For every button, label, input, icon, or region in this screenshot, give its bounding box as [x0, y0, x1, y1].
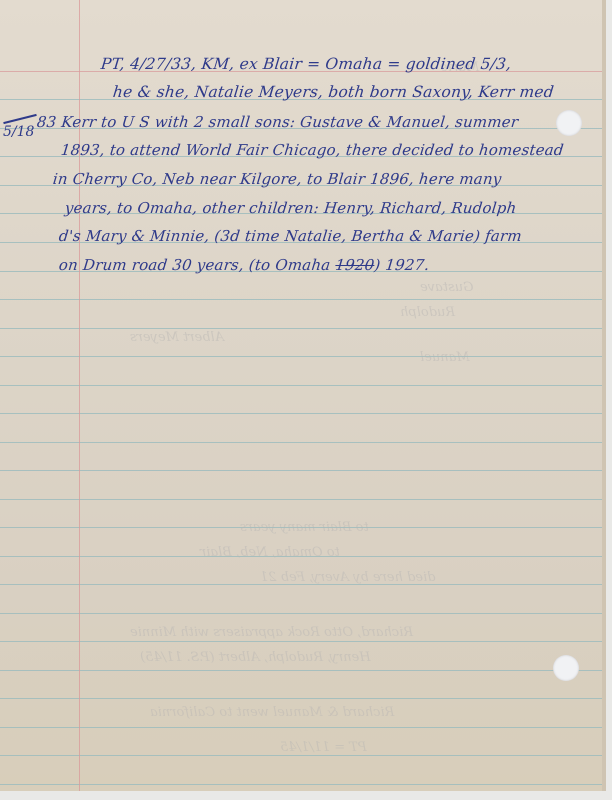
ruled-line [0, 670, 606, 671]
ruled-line [0, 413, 606, 414]
handwritten-line-3: 83 Kerr to U S with 2 small sons: Gustav… [36, 113, 519, 131]
margin-note-text: 5/18 [3, 124, 34, 140]
line-text: years, to Omaha, other children: Henry, … [64, 199, 517, 217]
bleed-through-texture: Manuel [420, 350, 470, 365]
handwritten-line-6: years, to Omaha, other children: Henry, … [64, 199, 517, 217]
margin-date-note: 5/18 [3, 124, 34, 140]
margin-note-stroke [3, 114, 36, 124]
bleed-through-texture: Richard & Manuel went to California [150, 705, 394, 720]
ruled-line [0, 499, 606, 500]
ruled-line [0, 641, 606, 642]
bleed-through-texture: Rudolph [400, 305, 455, 320]
ruled-line [0, 356, 606, 357]
line-text: on Drum road 30 years, (to Omaha [58, 256, 336, 274]
bleed-through-texture: Richard, Otto Rock appraisers with Minni… [130, 625, 413, 640]
punch-hole [556, 110, 582, 136]
bleed-through-texture: Henry, Rudolph, Albert (P.S. 11/45) [140, 650, 371, 665]
line-text: 83 Kerr to U S with 2 small sons: Gustav… [36, 113, 519, 131]
line-text: ) 1927. [373, 256, 430, 274]
ruled-line [0, 755, 606, 756]
bleed-through-texture: Albert Meyers [130, 330, 224, 345]
line-text: d's Mary & Minnie, (3d time Natalie, Ber… [58, 227, 523, 245]
bleed-through-texture: Gustave [420, 280, 473, 295]
bleed-through-texture: died here by Avery, Feb 21 [260, 570, 436, 585]
ruled-line [0, 442, 606, 443]
struck-out-year: 1920 [335, 256, 376, 274]
handwritten-line-8: on Drum road 30 years, (to Omaha 1920) 1… [58, 256, 430, 274]
ruled-line [0, 784, 606, 785]
ruled-line [0, 727, 606, 728]
line-text: PT, 4/27/33, KM, ex Blair = Omaha = gold… [100, 55, 512, 73]
line-text: 1893, to attend World Fair Chicago, ther… [60, 141, 565, 159]
ruled-line [0, 698, 606, 699]
bleed-through-texture: PT = 11/1/45 [280, 740, 367, 755]
ruled-line [0, 470, 606, 471]
line-text: he & she, Natalie Meyers, both born Saxo… [112, 83, 555, 101]
handwritten-line-5: in Cherry Co, Neb near Kilgore, to Blair… [52, 170, 502, 188]
bleed-through-texture: to Omaha, Neb, Blair [200, 545, 340, 560]
ruled-line [0, 328, 606, 329]
ruled-line [0, 613, 606, 614]
bleed-through-texture: to Blair many years [240, 520, 369, 535]
line-text: in Cherry Co, Neb near Kilgore, to Blair… [52, 170, 502, 188]
handwritten-line-2: he & she, Natalie Meyers, both born Saxo… [112, 83, 555, 101]
ruled-line [0, 385, 606, 386]
punch-hole [553, 655, 579, 681]
notebook-page: Marie Gustave Rudolph Albert Meyers Manu… [0, 0, 606, 791]
handwritten-line-7: d's Mary & Minnie, (3d time Natalie, Ber… [58, 227, 523, 245]
ruled-line [0, 299, 606, 300]
handwritten-line-4: 1893, to attend World Fair Chicago, ther… [60, 141, 565, 159]
handwritten-line-1: PT, 4/27/33, KM, ex Blair = Omaha = gold… [100, 55, 512, 73]
